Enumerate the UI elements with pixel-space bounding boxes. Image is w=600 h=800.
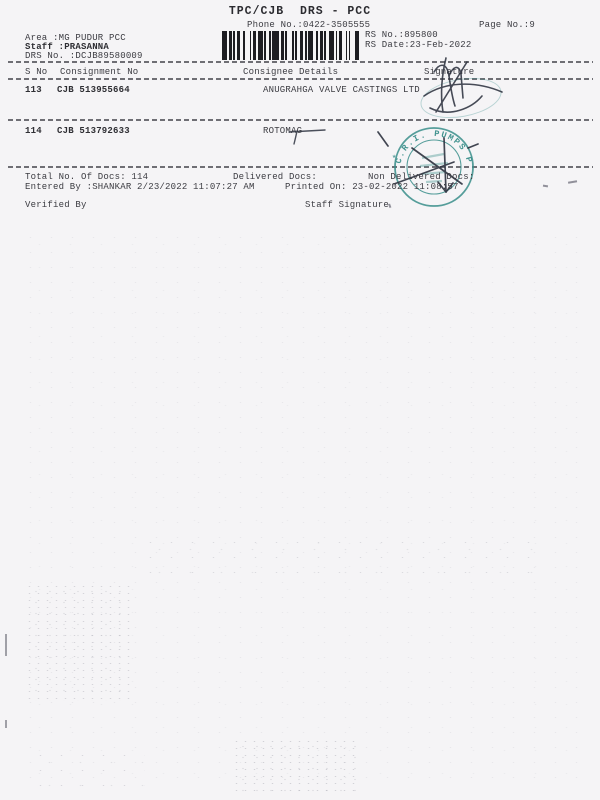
barcode (222, 31, 362, 60)
bleed-through-noise (232, 738, 360, 796)
scanned-drs-page: TPC/CJB DRS - PCC Phone No.:0422-3505555… (0, 0, 600, 800)
verified-by: Verified By (25, 200, 87, 211)
entered-by: Entered By :SHANKAR 2/23/2022 11:07:27 A… (25, 182, 255, 193)
row-sno: 113 (25, 85, 42, 96)
bleed-through-noise (20, 230, 580, 790)
bleed-through-noise (25, 583, 130, 701)
row-consignment-no: CJB 513955664 (57, 85, 130, 96)
handwritten-signature (412, 50, 522, 122)
row-consignment-no: CJB 513792633 (57, 126, 130, 137)
page-number: Page No.:9 (479, 20, 535, 31)
staff-signature-label: Staff Signature (305, 200, 389, 211)
document-title: TPC/CJB DRS - PCC (0, 6, 600, 17)
scan-edge-mark (5, 720, 7, 728)
pen-tick (543, 185, 548, 187)
scan-edge-mark (5, 634, 7, 656)
column-header-consignee: Consignee Details (243, 67, 338, 78)
bleed-through-noise (140, 535, 540, 583)
pen-scribble-over-stamp (374, 126, 504, 206)
column-header-sno: S No (25, 67, 47, 78)
separator-line (8, 166, 593, 168)
bleed-through-noise (30, 748, 145, 793)
phone-number: Phone No.:0422-3505555 (247, 20, 370, 31)
printed-on: Printed On: 23-02-2022 11:08:57 (285, 182, 459, 193)
row-sno: 114 (25, 126, 42, 137)
pen-tick (568, 180, 577, 183)
row-consignee: ANUGRAHGA VALVE CASTINGS LTD (263, 85, 420, 96)
column-header-consignment: Consignment No (60, 67, 138, 78)
pen-strike-mark (285, 122, 333, 148)
